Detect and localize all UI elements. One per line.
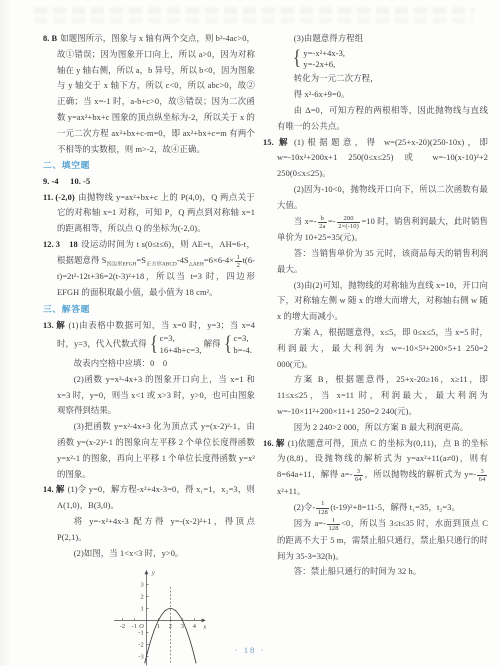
section-heading: 二、填空题 bbox=[43, 157, 255, 174]
text-run: x²+11。 bbox=[277, 487, 305, 496]
tick-label: -1 bbox=[132, 623, 138, 630]
answer-paragraph: 故表内空格中应填：0 0 bbox=[57, 356, 255, 372]
page-number: · 18 · bbox=[235, 645, 266, 655]
text-run: 因为 2 240>2 000，所以方案 B 最大利润更高。 bbox=[294, 423, 468, 432]
answer-value: -5 bbox=[83, 177, 90, 186]
item-number: 13. bbox=[43, 321, 56, 330]
text-run: 解得 bbox=[204, 340, 221, 349]
fraction: 1128 bbox=[327, 517, 340, 533]
answer-paragraph: (3)把函数 y=x²-4x+3 化为顶点式 y=(x-2)²-1，由函数 y=… bbox=[57, 419, 255, 482]
item-answer: (-2,0) bbox=[55, 193, 77, 202]
text-run: (2)因为-10<0，抛物线开口向下，所以二次函数有最大值。 bbox=[277, 185, 488, 210]
text-run: (2)函数 y=x²-4x+3 的图象开口向上，当 x=1 和 x=3 时，y=… bbox=[57, 375, 255, 416]
text-run bbox=[62, 177, 70, 186]
fraction: b2a bbox=[318, 215, 327, 231]
answer-item: 13.解(1)由表格中数据可知，当 x=0 时，y=3；当 x=4 时，y=3，… bbox=[57, 318, 255, 356]
answer-item: 14.解(1)令 y=0，解方程-x²+4x-3=0，得 x₁=1，x₂=3，则… bbox=[57, 482, 255, 514]
answer-paragraph: (2)因为-10<0，抛物线开口向下，所以二次函数有最大值。 bbox=[277, 182, 488, 214]
text-run: (1)令 y=0，解方程-x²+4x-3=0，得 x₁=1，x₂=3，则 A(1… bbox=[57, 485, 255, 510]
answer-paragraph: (3)由(2)可知，抛物线的对称轴为直线 x=10，开口向下，对称轴左侧 w 随… bbox=[277, 278, 488, 325]
text-run: =S bbox=[136, 256, 146, 265]
item-number: 16. bbox=[263, 439, 276, 448]
equation-system-block: {y=-x²+4x-3,y=-2x+6, bbox=[290, 48, 488, 71]
solution-label: 解 bbox=[56, 485, 68, 494]
answer-paragraph: 因为 2 240>2 000，所以方案 B 最大利润更高。 bbox=[277, 420, 488, 436]
x-axis-arrow bbox=[202, 619, 206, 623]
text-run: (2)令- bbox=[294, 503, 315, 512]
answer-paragraph: 将 y=-x²+4x-3 配方得 y=-(x-2)²+1，得顶点 P(2,1)。 bbox=[57, 514, 255, 546]
text-run: (1)根据题意，得 w=(25+x-20)(250-10x)，即 w=-10x²… bbox=[277, 138, 488, 179]
text-run: 由抛物线 y=ax²+bx+c 上的 P(4,0)，Q 两点关于它的对称轴 x=… bbox=[57, 193, 255, 234]
tick-label: 3 bbox=[141, 582, 144, 589]
subscript: 正方形ABCD bbox=[146, 262, 177, 268]
solution-label: 解 bbox=[276, 138, 294, 147]
answer-paragraph: 由 Δ=0，可知方程的两根相等，因此抛物线与直线有唯一的公共点。 bbox=[277, 103, 488, 135]
y-axis-label: y bbox=[151, 570, 155, 577]
page-footer: · 18 · bbox=[0, 645, 500, 655]
text-run: 将 y=-x²+4x-3 配方得 y=-(x-2)²+1，得顶点 P(2,1)。 bbox=[57, 517, 255, 542]
text-run: (2)如图，当 1<x<3 时，y>0。 bbox=[74, 549, 184, 558]
answer-paragraph: 方案 A，根据题意得，x≤5，即 0≤x≤5，当 x=5 时，利润最大，最大利润… bbox=[277, 325, 488, 372]
text-run: 答：禁止船只通行的时间为 32 h。 bbox=[294, 567, 421, 576]
tick-label: 1 bbox=[141, 606, 144, 613]
equation-system: {y=-x²+4x-3,y=-2x+6, bbox=[292, 48, 345, 71]
text-run: (t-19)²+8=11-5，解得 t₁=35，t₂=3。 bbox=[330, 503, 460, 512]
answer-item: 8.B如题图所示，图象与 x 轴有两个交点，则 b²-4ac>0，故①错误；因为… bbox=[57, 31, 255, 157]
page-bleed-header-row2 bbox=[34, 17, 474, 24]
page-bleed-header bbox=[34, 7, 474, 14]
tick-label: 1 bbox=[157, 623, 160, 630]
equation-system: {c=3,b=-4. bbox=[223, 333, 252, 356]
subscript: △AEH bbox=[189, 262, 204, 268]
item-number: 14. bbox=[43, 485, 56, 494]
x-axis-label: x bbox=[202, 624, 206, 631]
text-run: 因为 a=- bbox=[294, 519, 326, 528]
answer-paragraph: (2)函数 y=x²-4x+3 的图象开口向上，当 x=1 和 x=3 时，y=… bbox=[57, 372, 255, 419]
answer-item: 12.3 18设运动时间为 t s(0≤t≤6)，则 AE=t，AH=6-t，根… bbox=[57, 237, 255, 301]
solution-label: 解 bbox=[56, 321, 69, 330]
book-page: 8.B如题图所示，图象与 x 轴有两个交点，则 b²-4ac>0，故①错误；因为… bbox=[0, 0, 500, 666]
tick-label: -3 bbox=[138, 654, 144, 661]
text-run: =- bbox=[328, 217, 336, 226]
tick-label: 3 bbox=[181, 623, 184, 630]
text-run: 方案 B，根据题意得，25+x-20≥16，x≥11，即 11≤x≤25，当 x… bbox=[277, 375, 488, 416]
answer-value: 10. bbox=[70, 177, 81, 186]
right-column: (3)由题意得方程组{y=-x²+4x-3,y=-2x+6,转化为一元二次方程，… bbox=[263, 31, 488, 666]
text-run: 如题图所示，图象与 x 轴有两个交点，则 b²-4ac>0，故①错误；因为图象开… bbox=[57, 34, 255, 154]
solution-label: 解 bbox=[276, 439, 288, 448]
section-heading: 三、解答题 bbox=[43, 301, 255, 318]
text-run: 得 x²-6x+9=0。 bbox=[294, 90, 350, 99]
text-run: ，所以抛物线的解析式为 y=- bbox=[364, 470, 476, 479]
text-run: 方案 A，根据题意得，x≤5，即 0≤x≤5，当 x=5 时，利润最大，最大利润… bbox=[277, 328, 488, 369]
answer-paragraph: 答：禁止船只通行的时间为 32 h。 bbox=[277, 564, 488, 580]
answer-paragraph: (3)由题意得方程组 bbox=[277, 31, 488, 47]
answer-paragraph: 因为 a=-1128<0，所以当 3≤t≤35 时，水面到顶点 C 的距离不大于… bbox=[277, 516, 488, 564]
fraction: 364 bbox=[354, 468, 364, 484]
item-number: 12. bbox=[43, 240, 56, 249]
text-run: (3)把函数 y=x²-4x+3 化为顶点式 y=(x-2)²-1，由函数 y=… bbox=[57, 422, 255, 478]
origin-label: O bbox=[139, 623, 144, 630]
text-run: 故表内空格中应填：0 0 bbox=[74, 359, 167, 368]
item-answer: -4 bbox=[51, 177, 61, 186]
text-run: -4S bbox=[177, 256, 189, 265]
item-answer: B bbox=[51, 34, 60, 43]
y-axis-arrow bbox=[145, 570, 149, 574]
answer-item: 16.解(1)依题意可得，顶点 C 的坐标为(0,11)，点 B 的坐标为(8,… bbox=[277, 436, 488, 500]
item-answer: 3 18 bbox=[56, 240, 81, 249]
answer-paragraph: 转化为一元二次方程， bbox=[277, 71, 488, 87]
left-column: 8.B如题图所示，图象与 x 轴有两个交点，则 b²-4ac>0，故①错误；因为… bbox=[43, 31, 255, 666]
text-run: (3)由(2)可知，抛物线的对称轴为直线 x=10，开口向下，对称轴左侧 w 随… bbox=[277, 281, 488, 322]
tick-label: 4 bbox=[193, 623, 197, 630]
text-run: 转化为一元二次方程， bbox=[294, 74, 379, 83]
answer-paragraph: 答：当销售单价为 35 元时，该商品每天的销售利润最大。 bbox=[277, 246, 488, 278]
fraction: 364 bbox=[477, 468, 487, 484]
fraction: 2002×(-10) bbox=[337, 215, 361, 231]
answer-paragraph: 方案 B，根据题意得，25+x-20≥16，x≥11，即 11≤x≤25，当 x… bbox=[277, 372, 488, 419]
item-number: 11. bbox=[43, 193, 55, 202]
answer-item: 11.(-2,0)由抛物线 y=ax²+bx+c 上的 P(4,0)，Q 两点关… bbox=[57, 190, 255, 237]
text-run: 由 Δ=0，可知方程的两根相等，因此抛物线与直线有唯一的公共点。 bbox=[277, 106, 488, 131]
answer-columns: 8.B如题图所示，图象与 x 轴有两个交点，则 b²-4ac>0，故①错误；因为… bbox=[43, 31, 488, 666]
page-gutter-shading bbox=[0, 0, 12, 666]
text-run: (3)由题意得方程组 bbox=[294, 34, 363, 43]
text-run: 答：当销售单价为 35 元时，该商品每天的销售利润最大。 bbox=[277, 249, 488, 274]
equation-system: {c=3,16+4b+c=3, bbox=[149, 333, 202, 356]
item-number: 15. bbox=[263, 138, 276, 147]
fraction: 1128 bbox=[316, 500, 329, 516]
tick-label: 2 bbox=[141, 594, 144, 601]
text-run: 当 x=- bbox=[294, 217, 317, 226]
tick-label: -1 bbox=[138, 630, 144, 637]
answer-item: 9.-4 10. -5 bbox=[57, 174, 255, 190]
answer-paragraph: (2)令-1128(t-19)²+8=11-5，解得 t₁=35，t₂=3。 bbox=[277, 500, 488, 517]
answer-paragraph: (2)如图，当 1<x<3 时，y>0。 bbox=[57, 546, 255, 562]
fraction: 12 bbox=[235, 254, 241, 270]
tick-label: -2 bbox=[120, 623, 126, 630]
answer-paragraph: 得 x²-6x+9=0。 bbox=[277, 87, 488, 103]
answer-paragraph: 当 x=-b2a=-2002×(-10)=10 时，销售利润最大，此时销售单价为… bbox=[277, 214, 488, 246]
answer-item: 15.解(1)根据题意，得 w=(25+x-20)(250-10x)，即 w=-… bbox=[277, 135, 488, 182]
subscript: 四边形EFGH bbox=[107, 262, 137, 268]
text-run: =6×6-4× bbox=[204, 256, 234, 265]
